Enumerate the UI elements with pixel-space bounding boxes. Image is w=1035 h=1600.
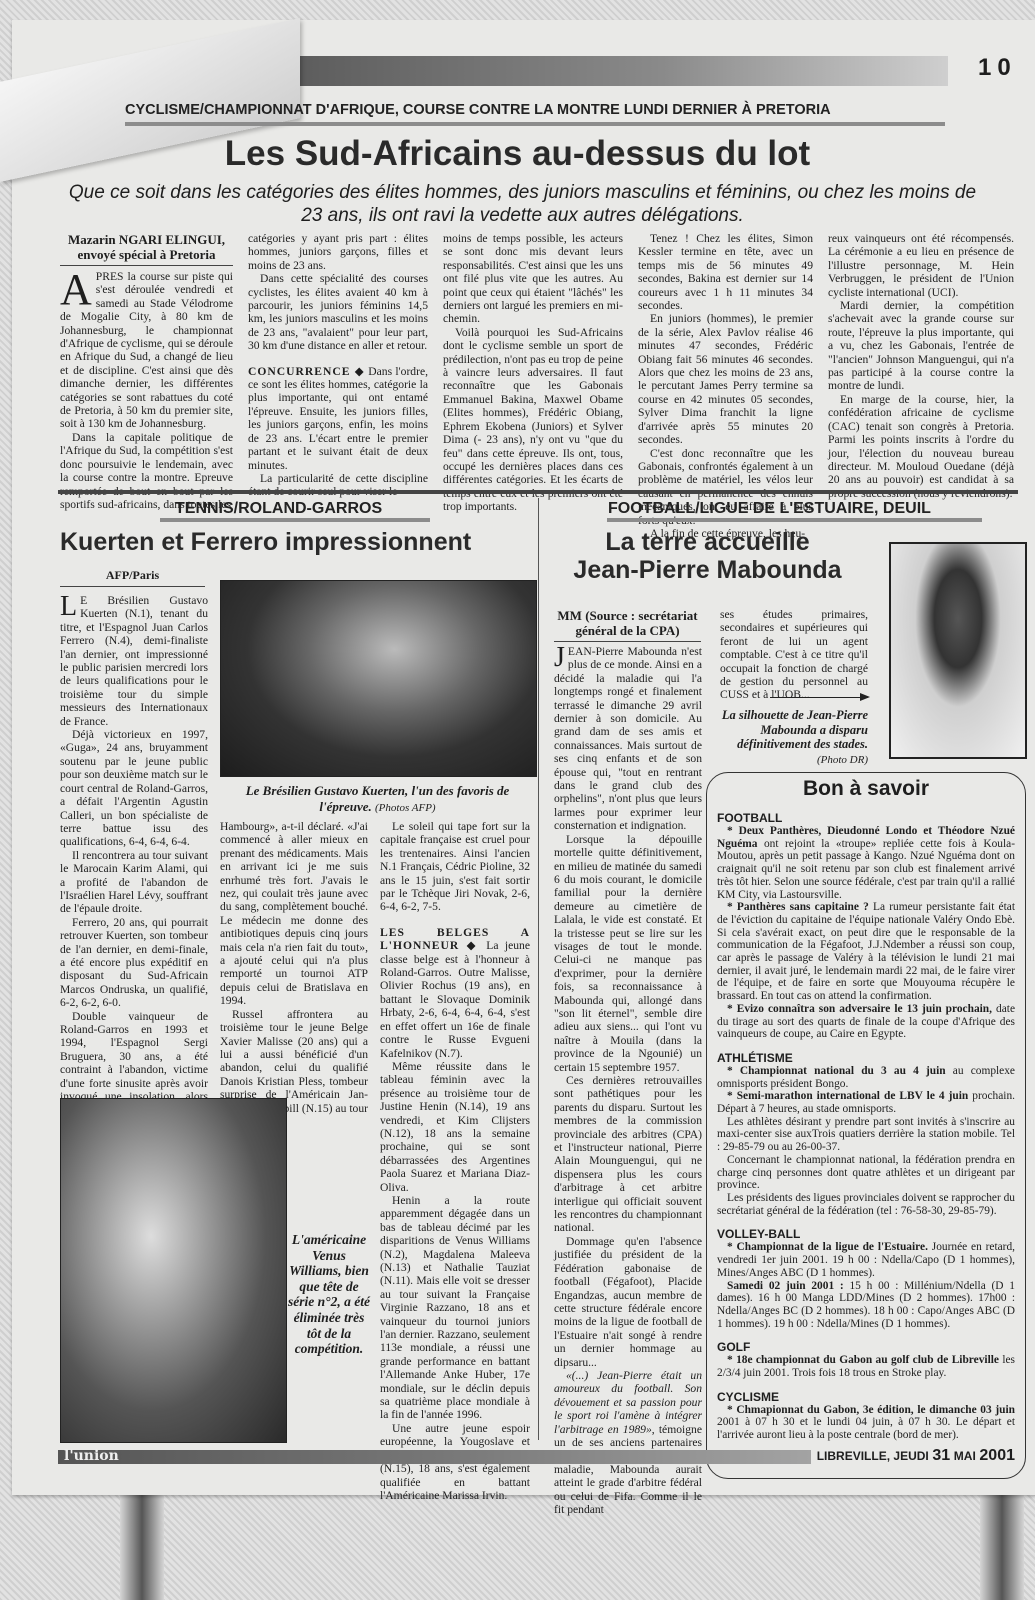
kicker-rule [160,518,430,522]
subhead-text: Dans l'ordre, ce sont les élites hommes,… [248,365,428,472]
box-item-lead: * Panthères sans capitaine ? [727,901,869,913]
box-item-text: ont rejoint la «troupe» repliée cette fo… [717,838,1015,901]
box-item-text: La rumeur persistante fait état de l'évi… [717,901,1015,1002]
drop-cap: J [554,646,565,670]
page-number: 10 [978,54,1017,82]
box-item: * 18e championnat du Gabon au golf club … [717,1354,1015,1379]
dateline-date: 31 [932,1447,950,1464]
cycling-column-1: A PRES la course sur piste qui s'est dér… [60,270,233,511]
bon-a-savoir-box: Bon à savoir FOOTBALL* Deux Panthères, D… [706,772,1026,1479]
box-item: * Championnat national du 3 au 4 juin au… [717,1065,1015,1090]
subhead: CONCURRENCE ◆ [248,365,365,378]
paragraph: Déjà victorieux en 1997, «Guga», 24 ans,… [60,728,208,849]
dateline-month: MAI [954,1449,976,1463]
tennis-headline: Kuerten et Ferrero impressionnent [60,528,471,557]
headline-line: La terre accueille [545,528,870,556]
tennis-byline: AFP/Paris [60,568,205,587]
caption-text: La silhouette de Jean-Pierre Mabounda a … [722,708,868,751]
box-item: * Panthères sans capitaine ? La rumeur p… [717,901,1015,1003]
box-item: * Semi-marathon international de LBV le … [717,1090,1015,1115]
box-item-text: Concernant le championnat national, la f… [717,1154,1015,1191]
box-title: Bon à savoir [707,773,1025,801]
paragraph: EAN-Pierre Mabounda n'est plus de ce mon… [554,645,702,833]
paragraph: Tenez ! Chez les élites, Simon Kessler t… [638,232,813,312]
section-divider [58,490,1018,494]
byline-name: Mazarin NGARI ELINGUI, [60,232,233,247]
kuerten-photo [220,580,537,777]
quote-attribution: , témoigne un de ses anciens partenaires… [554,1423,702,1516]
mabounda-portrait [889,542,1027,759]
mabounda-photo-caption: La silhouette de Jean-Pierre Mabounda a … [720,708,868,767]
paragraph: catégories y ayant pris part : élites ho… [248,232,428,272]
paragraph: Voilà pourquoi les Sud-Africains dont le… [443,326,623,514]
paragraph: Lorsque la dépouille mortelle quitte déf… [554,833,702,1074]
paragraph: En marge de la course, hier, la confédér… [828,393,1014,500]
cycling-column-2: catégories y ayant pris part : élites ho… [248,232,428,499]
cycling-headline: Les Sud-Africains au-dessus du lot [0,134,1035,174]
tennis-column-3: Le soleil qui tape fort sur la capitale … [380,820,530,1502]
box-section-heading: CYCLISME [717,1390,1015,1404]
paragraph: Henin a la route apparemment dégagée dan… [380,1194,530,1422]
box-item-text: Les athlètes désirant y prendre part son… [717,1116,1015,1153]
tennis-column-2: Hambourg», a-t-il déclaré. «J'ai commenc… [220,820,368,1128]
paragraph: Ferrero, 20 ans, qui pourrait retrouver … [60,916,208,1010]
photo-credit: (Photo DR) [817,754,868,766]
cycling-column-4: Tenez ! Chez les élites, Simon Kessler t… [638,232,813,540]
football-column-2: ses études primaires, secondaires et sup… [720,608,868,702]
box-item-lead: * Championnat national du 3 au 4 juin [727,1065,946,1077]
box-item-lead: * Chmapionnat du Gabon, 3e édition, le d… [727,1404,1015,1416]
box-item-lead: * Championnat de la ligue de l'Estuaire. [727,1241,928,1253]
dateline-year: 2001 [979,1447,1015,1464]
paragraph: Mardi dernier, la compétition s'achevait… [828,299,1014,393]
box-section-heading: GOLF [717,1340,1015,1354]
paragraph: La particularité de cette discipline éta… [248,472,428,499]
photo-credit: (Photos AFP) [375,802,436,814]
box-item-text: Les présidents des ligues provinciales d… [717,1192,1015,1217]
header-gradient-bar [235,56,948,86]
kicker-rule [125,122,945,126]
box-item-lead: * Evizo connaîtra son adversaire le 13 j… [727,1003,992,1015]
box-item: * Chmapionnat du Gabon, 3e édition, le d… [717,1404,1015,1442]
drop-cap: L [60,595,77,619]
box-section-heading: FOOTBALL [717,811,1015,825]
football-headline: La terre accueille Jean-Pierre Mabounda [545,528,870,584]
box-section-heading: ATHLÉTISME [717,1051,1015,1065]
box-item: Les présidents des ligues provinciales d… [717,1192,1015,1217]
box-content: FOOTBALL* Deux Panthères, Dieudonné Lond… [707,811,1025,1442]
box-item-text: 2001 à 07 h 30 et le lundi 04 juin, à 07… [717,1416,1015,1441]
paragraph: ses études primaires, secondaires et sup… [720,608,868,702]
box-item-lead: * 18e championnat du Gabon au golf club … [727,1354,999,1366]
tennis-kicker: TENNIS/Roland-Garros [175,500,382,518]
box-item: Les athlètes désirant y prendre part son… [717,1116,1015,1154]
dateline: LIBREVILLE, JEUDI 31 MAI 2001 [811,1447,1015,1465]
cycling-deck: Que ce soit dans les catégories des élit… [60,181,985,227]
paragraph: Hambourg», a-t-il déclaré. «J'ai commenc… [220,820,368,1008]
box-section-heading: VOLLEY-BALL [717,1227,1015,1241]
box-item: Concernant le championnat national, la f… [717,1154,1015,1192]
kuerten-photo-caption: Le Brésilien Gustavo Kuerten, l'un des f… [220,783,535,816]
football-column-1: J EAN-Pierre Mabounda n'est plus de ce m… [554,645,702,1516]
arrow-right-icon [770,697,868,698]
subhead-text: La jeune classe belge est à l'honneur à … [380,939,530,1059]
box-item-lead: Samedi 02 juin 2001 : [727,1280,844,1292]
football-kicker: FOOTBALL/Ligue de l'Estuaire, deuil [608,500,931,518]
newspaper-brand: l'union [64,1448,119,1464]
paragraph-quote: «(...) Jean-Pierre était un amoureux du … [554,1369,702,1516]
box-item: Samedi 02 juin 2001 : 15 h 00 : Milléniu… [717,1280,1015,1331]
paragraph: Il rencontrera au tour suivant le Maroca… [60,849,208,916]
cycling-column-5: reux vainqueurs ont été récompensés. La … [828,232,1014,500]
cycling-column-3: moins de temps possible, les acteurs se … [443,232,623,514]
venus-photo-caption: L'américaine Venus Williams, bien que tê… [285,1232,373,1357]
paragraph: moins de temps possible, les acteurs se … [443,232,623,326]
paragraph: Ces dernières retrouvailles sont pathéti… [554,1074,702,1235]
paragraph: Même réussite dans le tableau féminin av… [380,1060,530,1194]
box-item: * Evizo connaîtra son adversaire le 13 j… [717,1003,1015,1041]
byline-role: envoyé spécial à Pretoria [60,247,233,262]
paragraph-with-subhead: CONCURRENCE ◆ Dans l'ordre, ce sont les … [248,365,428,472]
cycling-kicker: CYCLISME/Championnat d'Afrique, course c… [125,102,831,118]
kicker-rule [607,518,982,522]
dateline-place-day: LIBREVILLE, JEUDI [817,1449,929,1463]
column-divider [538,498,539,1440]
football-byline: MM (Source : secrétariat général de la C… [554,608,701,642]
paragraph: Dans cette spécialité des courses cyclis… [248,272,428,352]
cycling-byline: Mazarin NGARI ELINGUI, envoyé spécial à … [60,232,233,266]
paragraph: reux vainqueurs ont été récompensés. La … [828,232,1014,299]
box-item: * Deux Panthères, Dieudonné Londo et Thé… [717,825,1015,901]
box-item: * Championnat de la ligue de l'Estuaire.… [717,1241,1015,1279]
paragraph: Dommage qu'en l'absence justifiée du pré… [554,1235,702,1369]
tennis-column-1: L E Brésilien Gustavo Kuerten (N.1), ten… [60,594,208,1157]
box-item-lead: * Semi-marathon international de LBV le … [727,1090,968,1102]
headline-line: Jean-Pierre Mabounda [545,556,870,584]
drop-cap: A [60,272,92,308]
venus-williams-photo [60,1098,287,1443]
paragraph: Le soleil qui tape fort sur la capitale … [380,820,530,914]
paragraph: En juniors (hommes), le premier de la sé… [638,312,813,446]
paragraph: E Brésilien Gustavo Kuerten (N.1), tenan… [60,594,208,728]
paragraph-with-subhead: LES BELGES A L'HONNEUR ◆ La jeune classe… [380,926,530,1060]
